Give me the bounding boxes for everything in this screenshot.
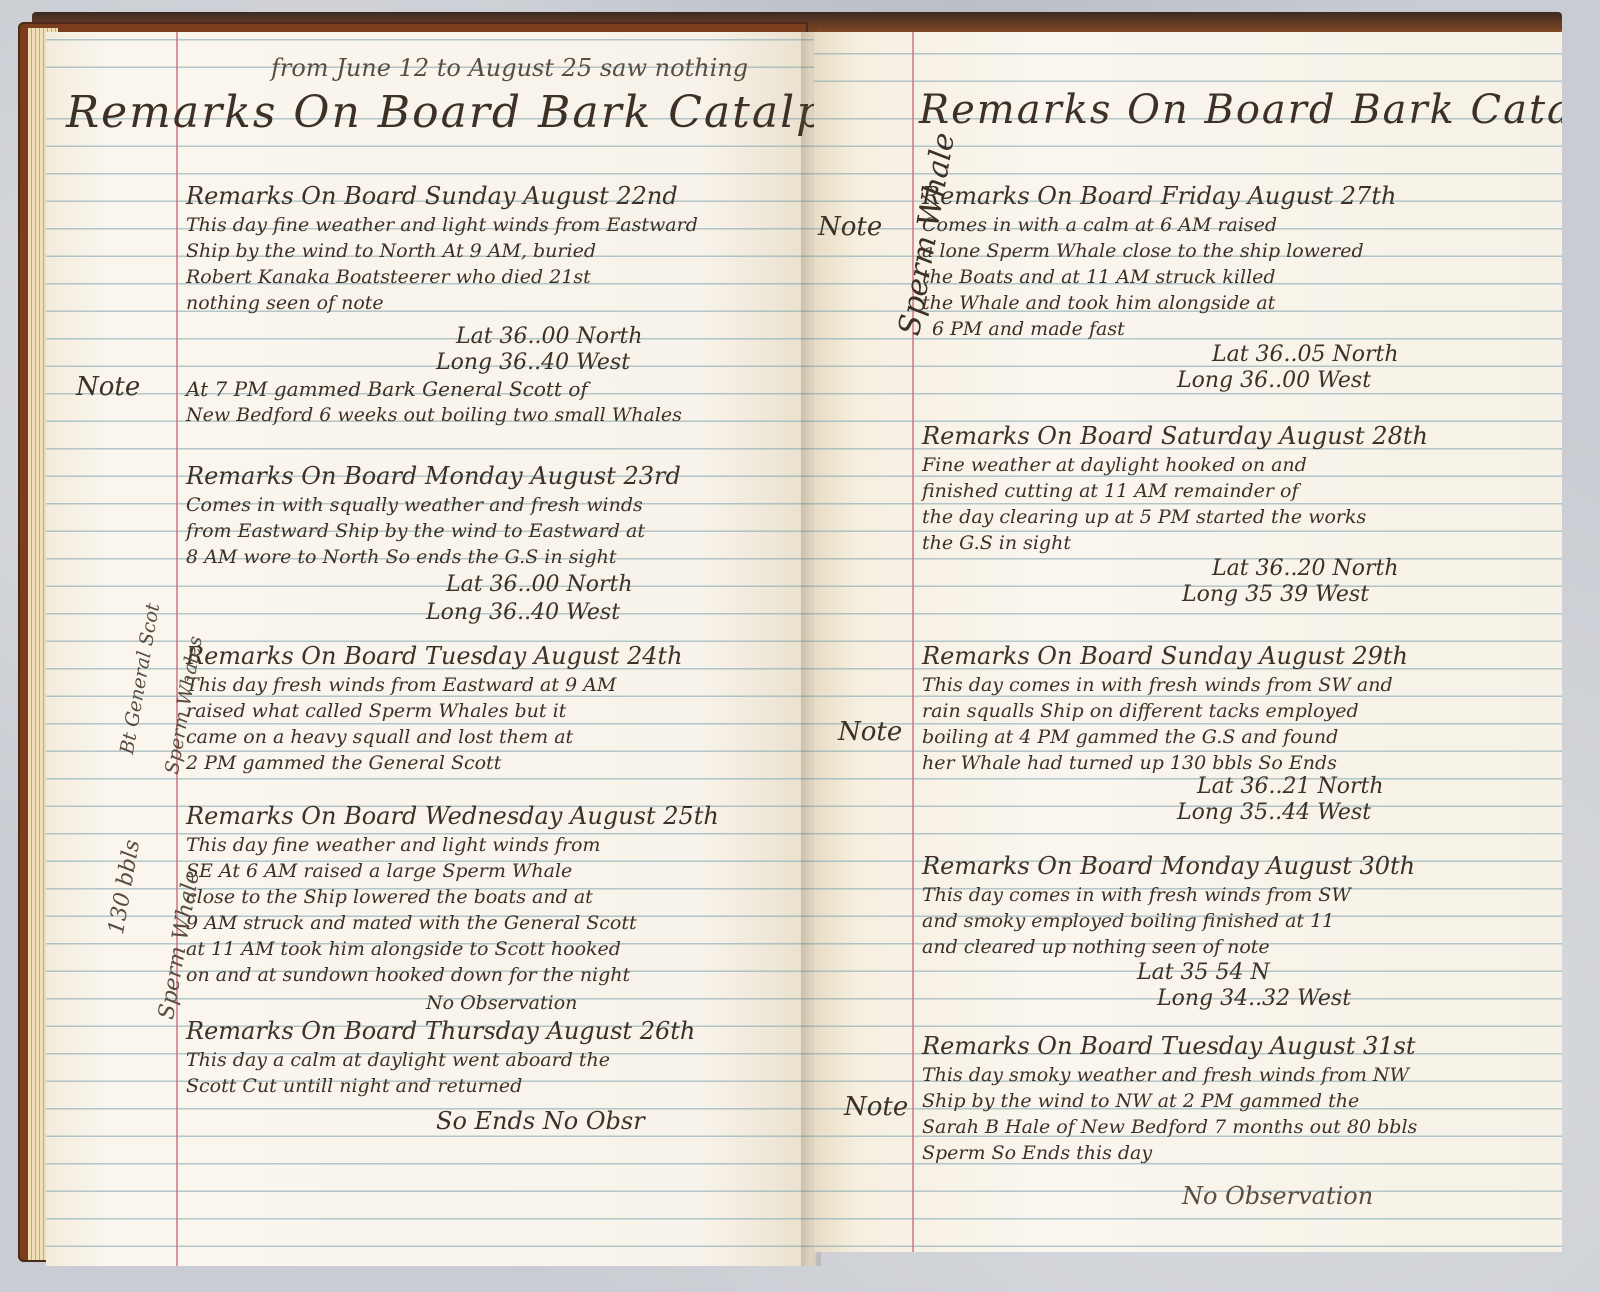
latitude: Lat 36..21 North: [1197, 774, 1384, 799]
longitude: Long 35 39 West: [1182, 582, 1369, 607]
entry-heading: Remarks On Board Thursday August 26th: [186, 1017, 695, 1045]
entry-line: 6 PM and made fast: [932, 318, 1125, 340]
entry-heading: Remarks On Board Monday August 30th: [922, 852, 1415, 880]
entry-heading: Remarks On Board Tuesday August 24th: [186, 642, 683, 670]
entry-line: Comes in with a calm at 6 AM raised: [922, 214, 1277, 236]
latitude: Lat 36..05 North: [1212, 342, 1399, 367]
entry-line: This day fine weather and light winds fr…: [186, 214, 698, 236]
entry-heading: Remarks On Board Saturday August 28th: [922, 422, 1428, 450]
entry-line: 9 AM struck and mated with the General S…: [186, 912, 637, 934]
entry-heading: Remarks On Board Friday August 27th: [922, 182, 1396, 210]
entry-line: boiling at 4 PM gammed the G.S and found: [922, 726, 1338, 748]
entry-closing: No Observation: [426, 992, 577, 1014]
left-page: from June 12 to August 25 saw nothing Re…: [46, 32, 816, 1266]
right-page: Remarks On Board Bark Catalpa Sperm Whal…: [814, 32, 1562, 1252]
margin-note: Note: [818, 212, 882, 242]
entry-heading: Remarks On Board Monday August 23rd: [186, 462, 681, 490]
longitude: Long 36..00 West: [1177, 368, 1371, 393]
entry-line: on and at sundown hooked down for the ni…: [186, 964, 630, 986]
latitude: Lat 36..00 North: [456, 324, 643, 349]
entry-line: rain squalls Ship on different tacks emp…: [922, 700, 1359, 722]
entry-line: and smoky employed boiling finished at 1…: [922, 910, 1334, 932]
entry-heading: Remarks On Board Sunday August 22nd: [186, 182, 678, 210]
entry-line: her Whale had turned up 130 bbls So Ends: [922, 752, 1337, 774]
entry-line: close to the Ship lowered the boats and …: [186, 886, 593, 908]
entry-line: the Boats and at 11 AM struck killed: [922, 266, 1276, 288]
entry-line: Ship by the wind to NW at 2 PM gammed th…: [922, 1090, 1359, 1112]
longitude: Long 36..40 West: [426, 600, 620, 625]
margin-rule: [176, 32, 178, 1266]
entry-line: Scott Cut untill night and returned: [186, 1075, 522, 1097]
entry-line: the Whale and took him alongside at: [922, 292, 1275, 314]
entry-line: 2 PM gammed the General Scott: [186, 752, 501, 774]
logbook: from June 12 to August 25 saw nothing Re…: [8, 12, 1570, 1274]
page-title: Remarks On Board Bark Catalpa: [66, 87, 816, 138]
entry-line: Robert Kanaka Boatsteerer who died 21st: [186, 266, 591, 288]
entry-line: Sperm So Ends this day: [922, 1142, 1152, 1164]
margin-note: Note: [844, 1092, 908, 1122]
entry-heading: Remarks On Board Wednesday August 25th: [186, 802, 719, 830]
longitude: Long 35..44 West: [1177, 800, 1371, 825]
entry-heading: Remarks On Board Sunday August 29th: [922, 642, 1408, 670]
entry-line: Ship by the wind to North At 9 AM, burie…: [186, 240, 596, 262]
entry-line: raised what called Sperm Whales but it: [186, 700, 566, 722]
entry-line: Fine weather at daylight hooked on and: [922, 454, 1307, 476]
entry-line: nothing seen of note: [186, 292, 384, 314]
entry-line: This day smoky weather and fresh winds f…: [922, 1064, 1409, 1086]
longitude: Long 34..32 West: [1157, 986, 1351, 1011]
entry-line: Sarah B Hale of New Bedford 7 months out…: [922, 1116, 1417, 1138]
entry-line: This day a calm at daylight went aboard …: [186, 1049, 610, 1071]
latitude: Lat 36..00 North: [446, 572, 633, 597]
entry-line: At 7 PM gammed Bark General Scott of: [186, 377, 588, 401]
entry-line: the G.S in sight: [922, 532, 1071, 554]
entry-line: Comes in with squally weather and fresh …: [186, 494, 643, 516]
latitude: Lat 36..20 North: [1212, 556, 1399, 581]
entry-line: New Bedford 6 weeks out boiling two smal…: [186, 404, 682, 426]
entry-line: 8 AM wore to North So ends the G.S in si…: [186, 546, 616, 568]
margin-note: Note: [838, 717, 902, 747]
latitude: Lat 35 54 N: [1137, 960, 1270, 985]
page-title: Remarks On Board Bark Catalpa: [919, 87, 1562, 133]
entry-line: SE At 6 AM raised a large Sperm Whale: [186, 860, 572, 882]
entry-line: a lone Sperm Whale close to the ship low…: [922, 240, 1364, 262]
entry-line: This day fresh winds from Eastward at 9 …: [186, 674, 616, 696]
entry-heading: Remarks On Board Tuesday August 31st: [922, 1032, 1415, 1060]
entry-line: at 11 AM took him alongside to Scott hoo…: [186, 938, 621, 960]
entry-closing: No Observation: [1182, 1182, 1373, 1210]
entry-line: This day fine weather and light winds fr…: [186, 834, 600, 856]
longitude: Long 36..40 West: [436, 350, 630, 375]
entry-line: from Eastward Ship by the wind to Eastwa…: [186, 520, 645, 542]
entry-line: and cleared up nothing seen of note: [922, 936, 1270, 958]
entry-closing: So Ends No Obsr: [436, 1107, 645, 1135]
entry-line: This day comes in with fresh winds from …: [922, 884, 1351, 906]
entry-line: the day clearing up at 5 PM started the …: [922, 506, 1366, 528]
entry-line: finished cutting at 11 AM remainder of: [922, 480, 1299, 502]
top-annotation: from June 12 to August 25 saw nothing: [271, 54, 748, 82]
entry-line: This day comes in with fresh winds from …: [922, 674, 1393, 696]
entry-line: came on a heavy squall and lost them at: [186, 726, 573, 748]
margin-note: Note: [76, 372, 140, 402]
